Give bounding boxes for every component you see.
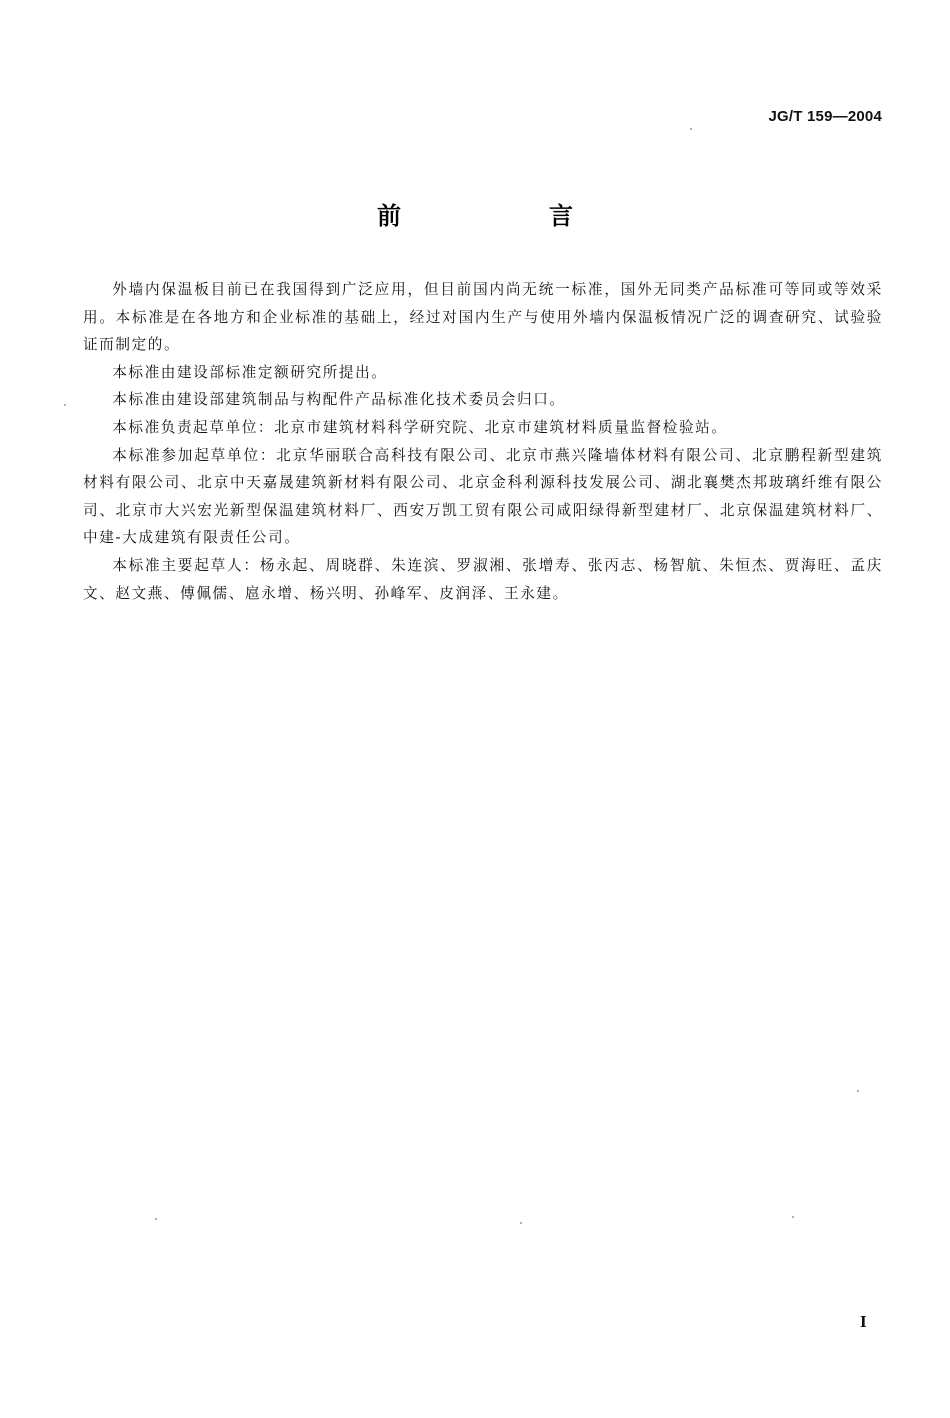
paragraph-participating-drafters: 本标准参加起草单位：北京华丽联合高科技有限公司、北京市燕兴隆墙体材料有限公司、北…: [83, 442, 883, 552]
paragraph-lead-drafters: 本标准负责起草单位：北京市建筑材料科学研究院、北京市建筑材料质量监督检验站。: [83, 414, 883, 442]
scan-speck: [857, 1090, 859, 1092]
page-title: 前 言: [0, 196, 950, 231]
paragraph-intro: 外墙内保温板目前已在我国得到广泛应用，但目前国内尚无统一标准，国外无同类产品标准…: [83, 276, 883, 359]
standard-code: JG/T 159—2004: [768, 108, 882, 125]
scan-speck: [520, 1222, 522, 1224]
scan-speck: [792, 1216, 794, 1218]
scan-speck: [690, 128, 692, 130]
paragraph-proposer: 本标准由建设部标准定额研究所提出。: [83, 359, 883, 387]
paragraph-main-drafters: 本标准主要起草人：杨永起、周晓群、朱连滨、罗淑湘、张增寿、张丙志、杨智航、朱恒杰…: [83, 552, 883, 607]
foreword-body: 外墙内保温板目前已在我国得到广泛应用，但目前国内尚无统一标准，国外无同类产品标准…: [83, 276, 883, 607]
scan-speck: [155, 1218, 157, 1220]
scan-speck: [64, 404, 66, 406]
page-number: I: [860, 1312, 867, 1332]
paragraph-administrator: 本标准由建设部建筑制品与构配件产品标准化技术委员会归口。: [83, 386, 883, 414]
